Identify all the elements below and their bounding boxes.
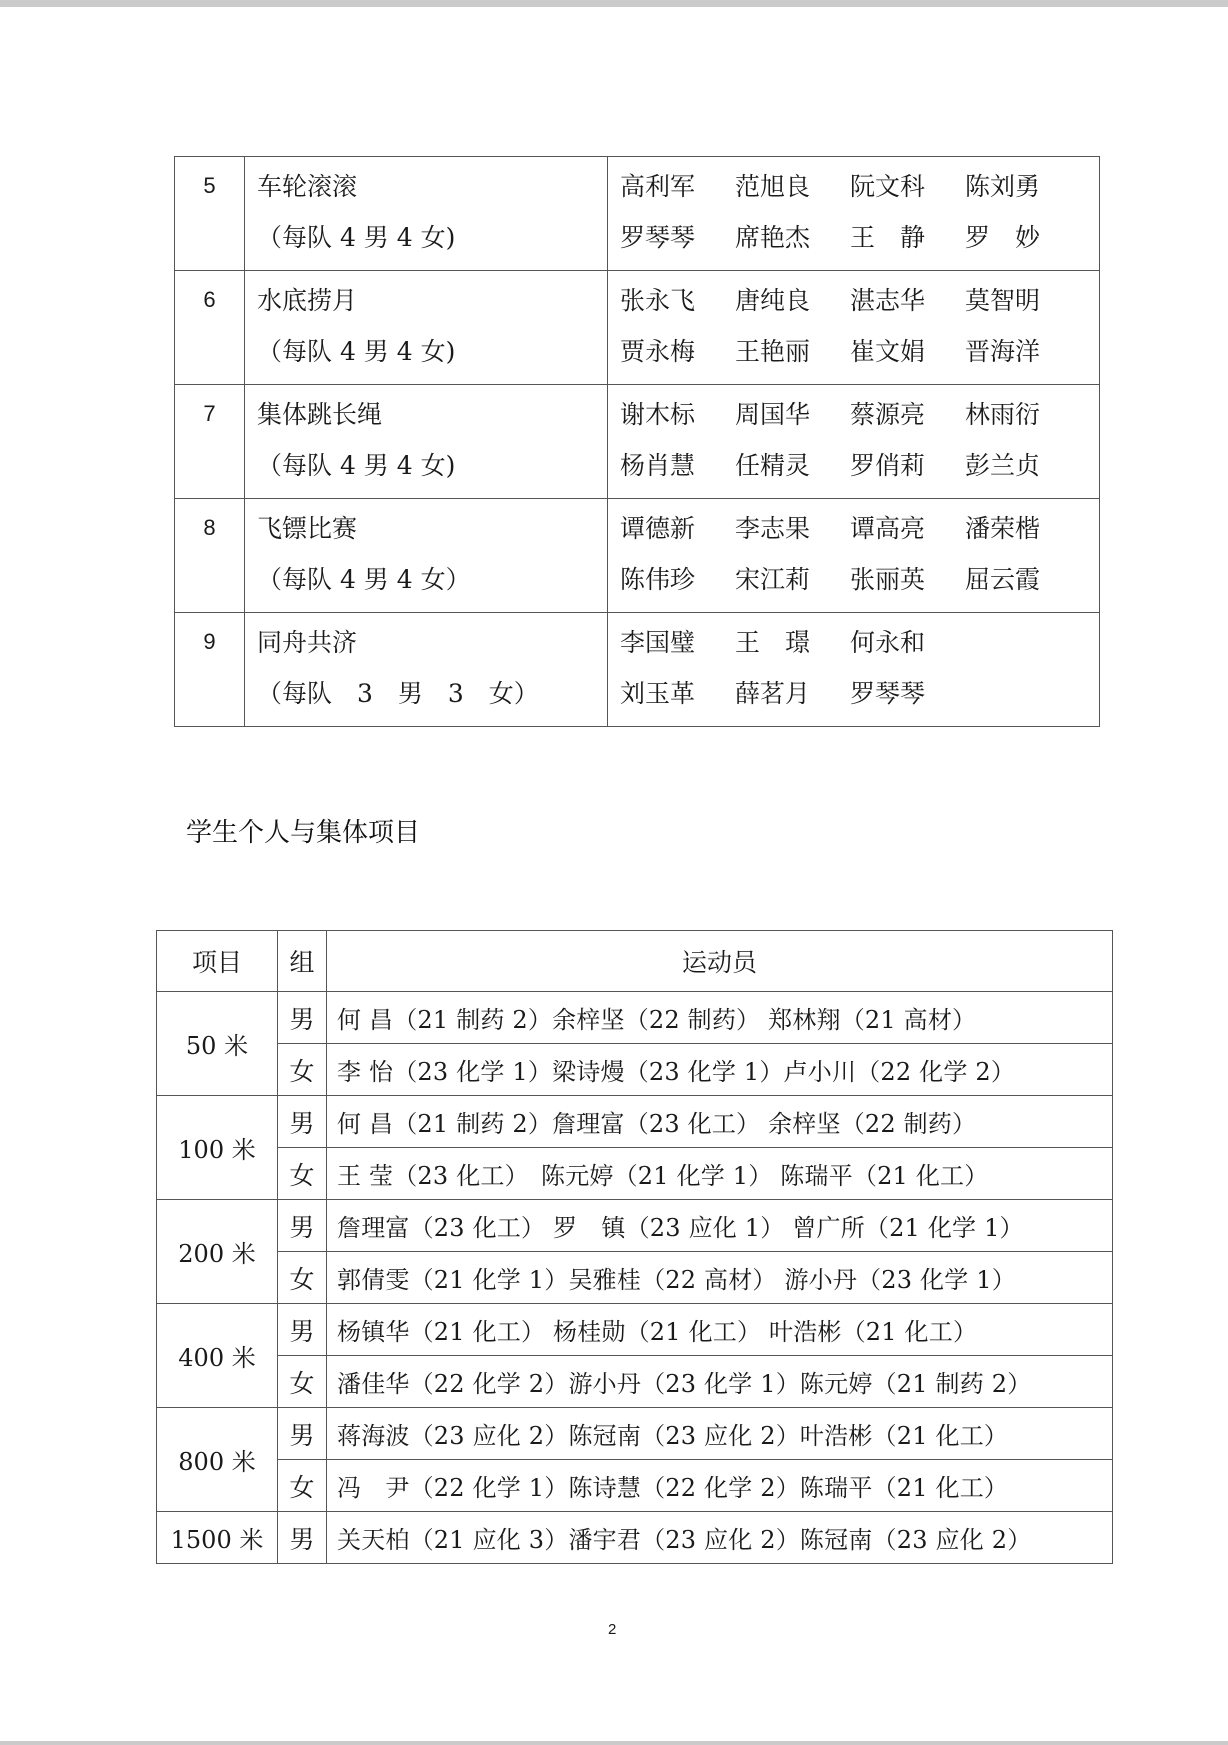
event-item: 200 米 xyxy=(157,1200,278,1304)
staff-events-table: 5 车轮滚滚 （每队 4 男 4 女) 高利军范旭良阮文科陈刘勇 罗琴琴席艳杰王… xyxy=(174,156,1100,727)
athlete-name: 潘荣楷 xyxy=(965,503,1080,554)
athlete-name: 席艳杰 xyxy=(735,212,850,263)
athletes-cell: 李国璧王 璟何永和 刘玉革薛茗月罗琴琴 xyxy=(608,613,1100,727)
row-number: 7 xyxy=(175,385,245,499)
athlete-name: 王 静 xyxy=(850,212,965,263)
athletes-cell: 蒋海波（23 应化 2）陈冠南（23 应化 2）叶浩彬（21 化工） xyxy=(327,1408,1113,1460)
student-events-table: 项目 组 运动员 50 米 男 何 昌（21 制药 2）余梓坚（22 制药） 郑… xyxy=(156,930,1113,1564)
event-cell: 飞镖比赛 （每队 4 男 4 女） xyxy=(245,499,608,613)
section-heading: 学生个人与集体项目 xyxy=(186,812,420,849)
event-name: 同舟共济 xyxy=(257,617,607,668)
table-row: 7 集体跳长绳 （每队 4 男 4 女) 谢木标周国华蔡源亮林雨衍 杨肖慧任精灵… xyxy=(175,385,1100,499)
group-cell: 女 xyxy=(278,1148,327,1200)
group-cell: 女 xyxy=(278,1044,327,1096)
athletes-cell: 谢木标周国华蔡源亮林雨衍 杨肖慧任精灵罗俏莉彭兰贞 xyxy=(608,385,1100,499)
team-size: （每队 4 男 4 女） xyxy=(257,554,607,605)
viewer-bottom-edge xyxy=(0,1741,1228,1745)
event-cell: 水底捞月 （每队 4 男 4 女) xyxy=(245,271,608,385)
table-row: 200 米 男 詹理富（23 化工） 罗 镇（23 应化 1） 曾广所（21 化… xyxy=(157,1200,1113,1252)
table-row: 女 潘佳华（22 化学 2）游小丹（23 化学 1）陈元婷（21 制药 2） xyxy=(157,1356,1113,1408)
athlete-name: 陈伟珍 xyxy=(620,554,735,605)
group-cell: 男 xyxy=(278,992,327,1044)
athlete-name: 蔡源亮 xyxy=(850,389,965,440)
event-cell: 集体跳长绳 （每队 4 男 4 女) xyxy=(245,385,608,499)
team-size: （每队 4 男 4 女) xyxy=(257,326,607,377)
group-cell: 女 xyxy=(278,1356,327,1408)
athlete-name: 罗琴琴 xyxy=(620,212,735,263)
athletes-cell: 谭德新李志果谭高亮潘荣楷 陈伟珍宋江莉张丽英屈云霞 xyxy=(608,499,1100,613)
athletes-cell: 关天柏（21 应化 3）潘宇君（23 应化 2）陈冠南（23 应化 2） xyxy=(327,1512,1113,1564)
table-row: 5 车轮滚滚 （每队 4 男 4 女) 高利军范旭良阮文科陈刘勇 罗琴琴席艳杰王… xyxy=(175,157,1100,271)
group-cell: 男 xyxy=(278,1200,327,1252)
table-row: 女 李 怡（23 化学 1）梁诗熳（23 化学 1）卢小川（22 化学 2） xyxy=(157,1044,1113,1096)
event-cell: 同舟共济 （每队 3 男 3 女） xyxy=(245,613,608,727)
athlete-name: 张永飞 xyxy=(620,275,735,326)
athlete-name: 屈云霞 xyxy=(965,554,1080,605)
athlete-name: 陈刘勇 xyxy=(965,161,1080,212)
athletes-cell: 何 昌（21 制药 2）余梓坚（22 制药） 郑林翔（21 高材） xyxy=(327,992,1113,1044)
row-number: 9 xyxy=(175,613,245,727)
athlete-name: 王 璟 xyxy=(735,617,850,668)
athletes-cell: 冯 尹（22 化学 1）陈诗慧（22 化学 2）陈瑞平（21 化工） xyxy=(327,1460,1113,1512)
group-cell: 男 xyxy=(278,1408,327,1460)
header-athletes: 运动员 xyxy=(327,931,1113,992)
athlete-name: 范旭良 xyxy=(735,161,850,212)
athlete-name: 罗俏莉 xyxy=(850,440,965,491)
team-size: （每队 4 男 4 女) xyxy=(257,440,607,491)
team-size: （每队 4 男 4 女) xyxy=(257,212,607,263)
event-item: 800 米 xyxy=(157,1408,278,1512)
athletes-cell: 潘佳华（22 化学 2）游小丹（23 化学 1）陈元婷（21 制药 2） xyxy=(327,1356,1113,1408)
event-name: 飞镖比赛 xyxy=(257,503,607,554)
athlete-name: 林雨衍 xyxy=(965,389,1080,440)
athlete-name: 薛茗月 xyxy=(735,668,850,719)
table-row: 8 飞镖比赛 （每队 4 男 4 女） 谭德新李志果谭高亮潘荣楷 陈伟珍宋江莉张… xyxy=(175,499,1100,613)
athlete-name: 何永和 xyxy=(850,617,965,668)
athlete-name: 罗 妙 xyxy=(965,212,1080,263)
athlete-name: 莫智明 xyxy=(965,275,1080,326)
athlete-name: 李国璧 xyxy=(620,617,735,668)
athlete-name: 王艳丽 xyxy=(735,326,850,377)
event-item: 100 米 xyxy=(157,1096,278,1200)
athlete-name: 阮文科 xyxy=(850,161,965,212)
athlete-name: 李志果 xyxy=(735,503,850,554)
athlete-name: 湛志华 xyxy=(850,275,965,326)
athlete-name: 唐纯良 xyxy=(735,275,850,326)
athlete-name: 高利军 xyxy=(620,161,735,212)
table-row: 1500 米 男 关天柏（21 应化 3）潘宇君（23 应化 2）陈冠南（23 … xyxy=(157,1512,1113,1564)
group-cell: 男 xyxy=(278,1512,327,1564)
athlete-name: 贾永梅 xyxy=(620,326,735,377)
event-name: 集体跳长绳 xyxy=(257,389,607,440)
athlete-name: 任精灵 xyxy=(735,440,850,491)
athlete-name: 罗琴琴 xyxy=(850,668,965,719)
table-row: 女 王 莹（23 化工） 陈元婷（21 化学 1） 陈瑞平（21 化工） xyxy=(157,1148,1113,1200)
team-size: （每队 3 男 3 女） xyxy=(257,668,607,719)
table-row: 50 米 男 何 昌（21 制药 2）余梓坚（22 制药） 郑林翔（21 高材） xyxy=(157,992,1113,1044)
table-row: 6 水底捞月 （每队 4 男 4 女) 张永飞唐纯良湛志华莫智明 贾永梅王艳丽崔… xyxy=(175,271,1100,385)
athletes-cell: 张永飞唐纯良湛志华莫智明 贾永梅王艳丽崔文娟晋海洋 xyxy=(608,271,1100,385)
group-cell: 男 xyxy=(278,1096,327,1148)
event-item: 1500 米 xyxy=(157,1512,278,1564)
athletes-cell: 李 怡（23 化学 1）梁诗熳（23 化学 1）卢小川（22 化学 2） xyxy=(327,1044,1113,1096)
event-cell: 车轮滚滚 （每队 4 男 4 女) xyxy=(245,157,608,271)
athlete-name: 谭高亮 xyxy=(850,503,965,554)
athletes-cell: 郭倩雯（21 化学 1）吴雅桂（22 高材） 游小丹（23 化学 1） xyxy=(327,1252,1113,1304)
event-name: 水底捞月 xyxy=(257,275,607,326)
row-number: 6 xyxy=(175,271,245,385)
athlete-name: 张丽英 xyxy=(850,554,965,605)
group-cell: 女 xyxy=(278,1460,327,1512)
header-item: 项目 xyxy=(157,931,278,992)
athletes-cell: 何 昌（21 制药 2）詹理富（23 化工） 余梓坚（22 制药） xyxy=(327,1096,1113,1148)
athletes-cell: 杨镇华（21 化工） 杨桂勋（21 化工） 叶浩彬（21 化工） xyxy=(327,1304,1113,1356)
athlete-name: 彭兰贞 xyxy=(965,440,1080,491)
table-row: 9 同舟共济 （每队 3 男 3 女） 李国璧王 璟何永和 刘玉革薛茗月罗琴琴 xyxy=(175,613,1100,727)
athlete-name: 周国华 xyxy=(735,389,850,440)
group-cell: 男 xyxy=(278,1304,327,1356)
viewer-top-edge xyxy=(0,0,1228,7)
table-row: 800 米 男 蒋海波（23 应化 2）陈冠南（23 应化 2）叶浩彬（21 化… xyxy=(157,1408,1113,1460)
group-cell: 女 xyxy=(278,1252,327,1304)
athlete-name: 谢木标 xyxy=(620,389,735,440)
row-number: 8 xyxy=(175,499,245,613)
athlete-name: 谭德新 xyxy=(620,503,735,554)
athletes-cell: 詹理富（23 化工） 罗 镇（23 应化 1） 曾广所（21 化学 1） xyxy=(327,1200,1113,1252)
table-row: 400 米 男 杨镇华（21 化工） 杨桂勋（21 化工） 叶浩彬（21 化工） xyxy=(157,1304,1113,1356)
page-number: 2 xyxy=(608,1621,616,1638)
header-group: 组 xyxy=(278,931,327,992)
table-row: 女 郭倩雯（21 化学 1）吴雅桂（22 高材） 游小丹（23 化学 1） xyxy=(157,1252,1113,1304)
table-header-row: 项目 组 运动员 xyxy=(157,931,1113,992)
athletes-cell: 王 莹（23 化工） 陈元婷（21 化学 1） 陈瑞平（21 化工） xyxy=(327,1148,1113,1200)
table-row: 女 冯 尹（22 化学 1）陈诗慧（22 化学 2）陈瑞平（21 化工） xyxy=(157,1460,1113,1512)
event-item: 50 米 xyxy=(157,992,278,1096)
row-number: 5 xyxy=(175,157,245,271)
athlete-name: 晋海洋 xyxy=(965,326,1080,377)
athlete-name: 宋江莉 xyxy=(735,554,850,605)
athlete-name: 杨肖慧 xyxy=(620,440,735,491)
athletes-cell: 高利军范旭良阮文科陈刘勇 罗琴琴席艳杰王 静罗 妙 xyxy=(608,157,1100,271)
athlete-name: 刘玉革 xyxy=(620,668,735,719)
event-item: 400 米 xyxy=(157,1304,278,1408)
event-name: 车轮滚滚 xyxy=(257,161,607,212)
athlete-name: 崔文娟 xyxy=(850,326,965,377)
table-row: 100 米 男 何 昌（21 制药 2）詹理富（23 化工） 余梓坚（22 制药… xyxy=(157,1096,1113,1148)
